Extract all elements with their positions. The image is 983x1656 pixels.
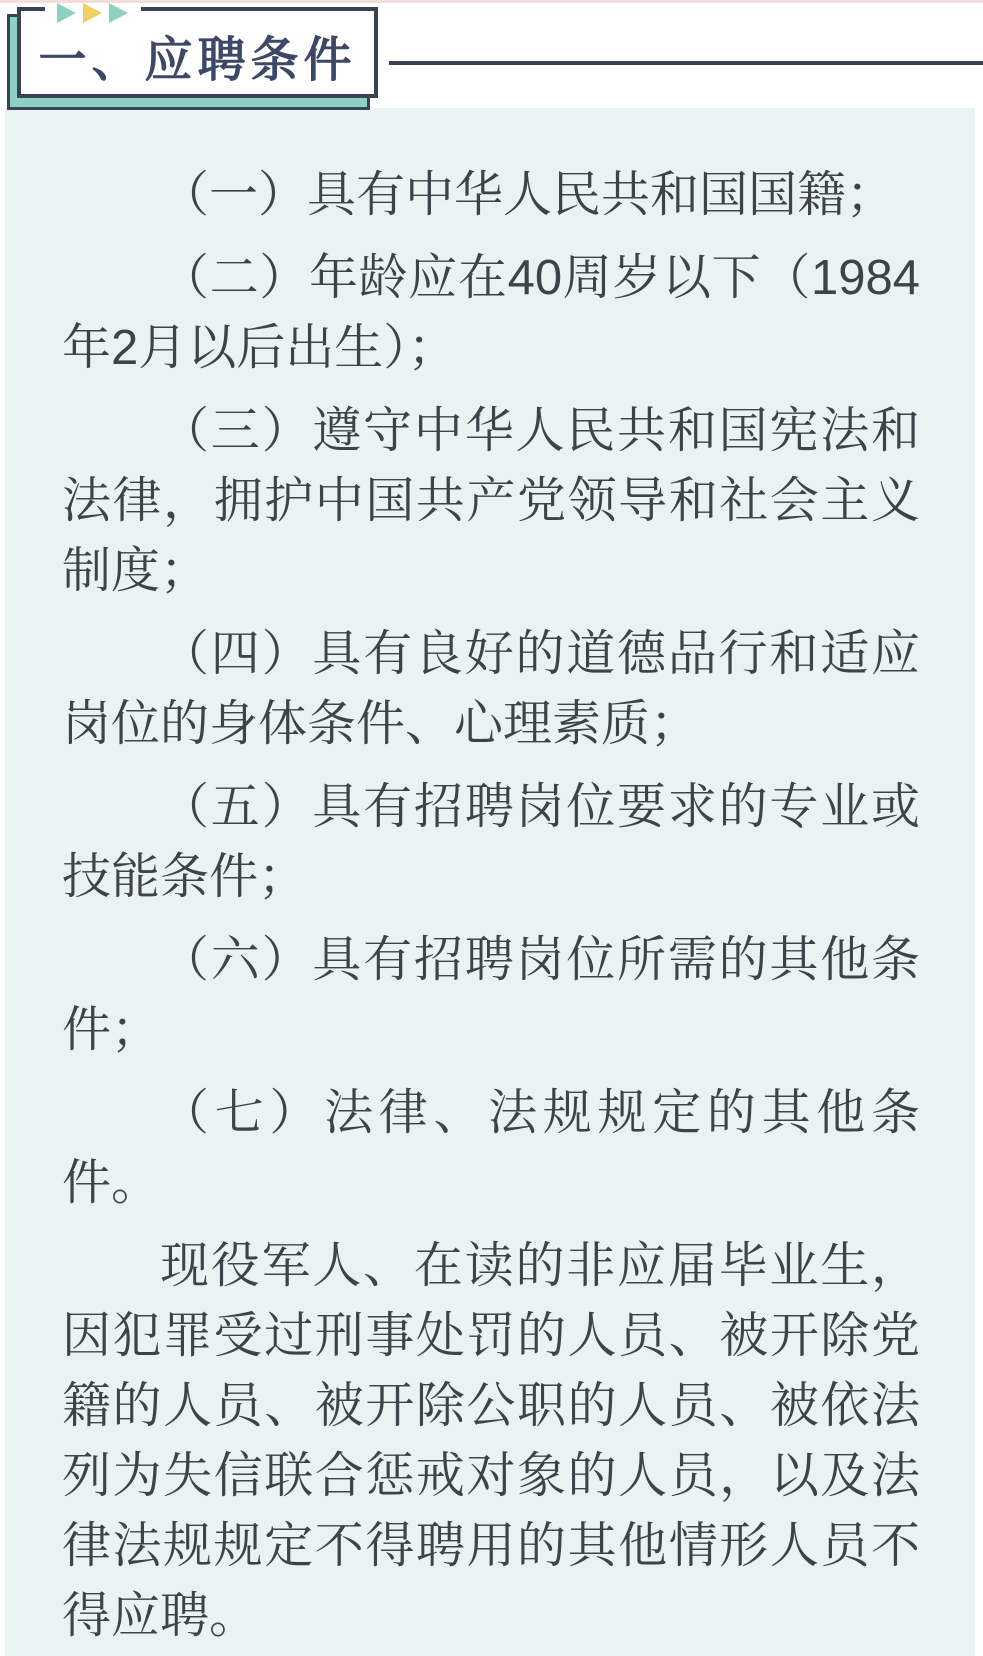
top-accent-line (0, 0, 983, 3)
exclusion-paragraph: 现役军人、在读的非应届毕业生，因犯罪受过刑事处罚的人员、被开除党籍的人员、被开除… (62, 1231, 920, 1651)
yellow-triangle-icon (83, 3, 102, 23)
condition-paragraph-4: （四）具有良好的道德品行和适应岗位的身体条件、心理素质； (62, 619, 920, 759)
teal-triangle-icon (109, 3, 128, 23)
condition-paragraph-6: （六）具有招聘岗位所需的其他条件； (62, 925, 920, 1065)
section-title: 一、应聘条件 (38, 15, 356, 90)
condition-paragraph-3: （三）遵守中华人民共和国宪法和法律，拥护中国共产党领导和社会主义制度； (62, 396, 920, 606)
condition-paragraph-2: （二）年龄应在40周岁以下（1984年2月以后出生）； (62, 243, 920, 383)
teal-triangle-icon (57, 3, 76, 23)
condition-paragraph-7: （七）法律、法规规定的其他条件。 (62, 1078, 920, 1218)
condition-paragraph-1: （一）具有中华人民共和国国籍； (62, 160, 920, 230)
triangle-decoration (57, 3, 128, 23)
condition-paragraph-5: （五）具有招聘岗位要求的专业或技能条件； (62, 772, 920, 912)
header-horizontal-rule (389, 61, 983, 65)
article-page: 一、应聘条件 （一）具有中华人民共和国国籍； （二）年龄应在40周岁以下（198… (0, 0, 983, 1656)
article-body: （一）具有中华人民共和国国籍； （二）年龄应在40周岁以下（1984年2月以后出… (5, 108, 975, 1656)
